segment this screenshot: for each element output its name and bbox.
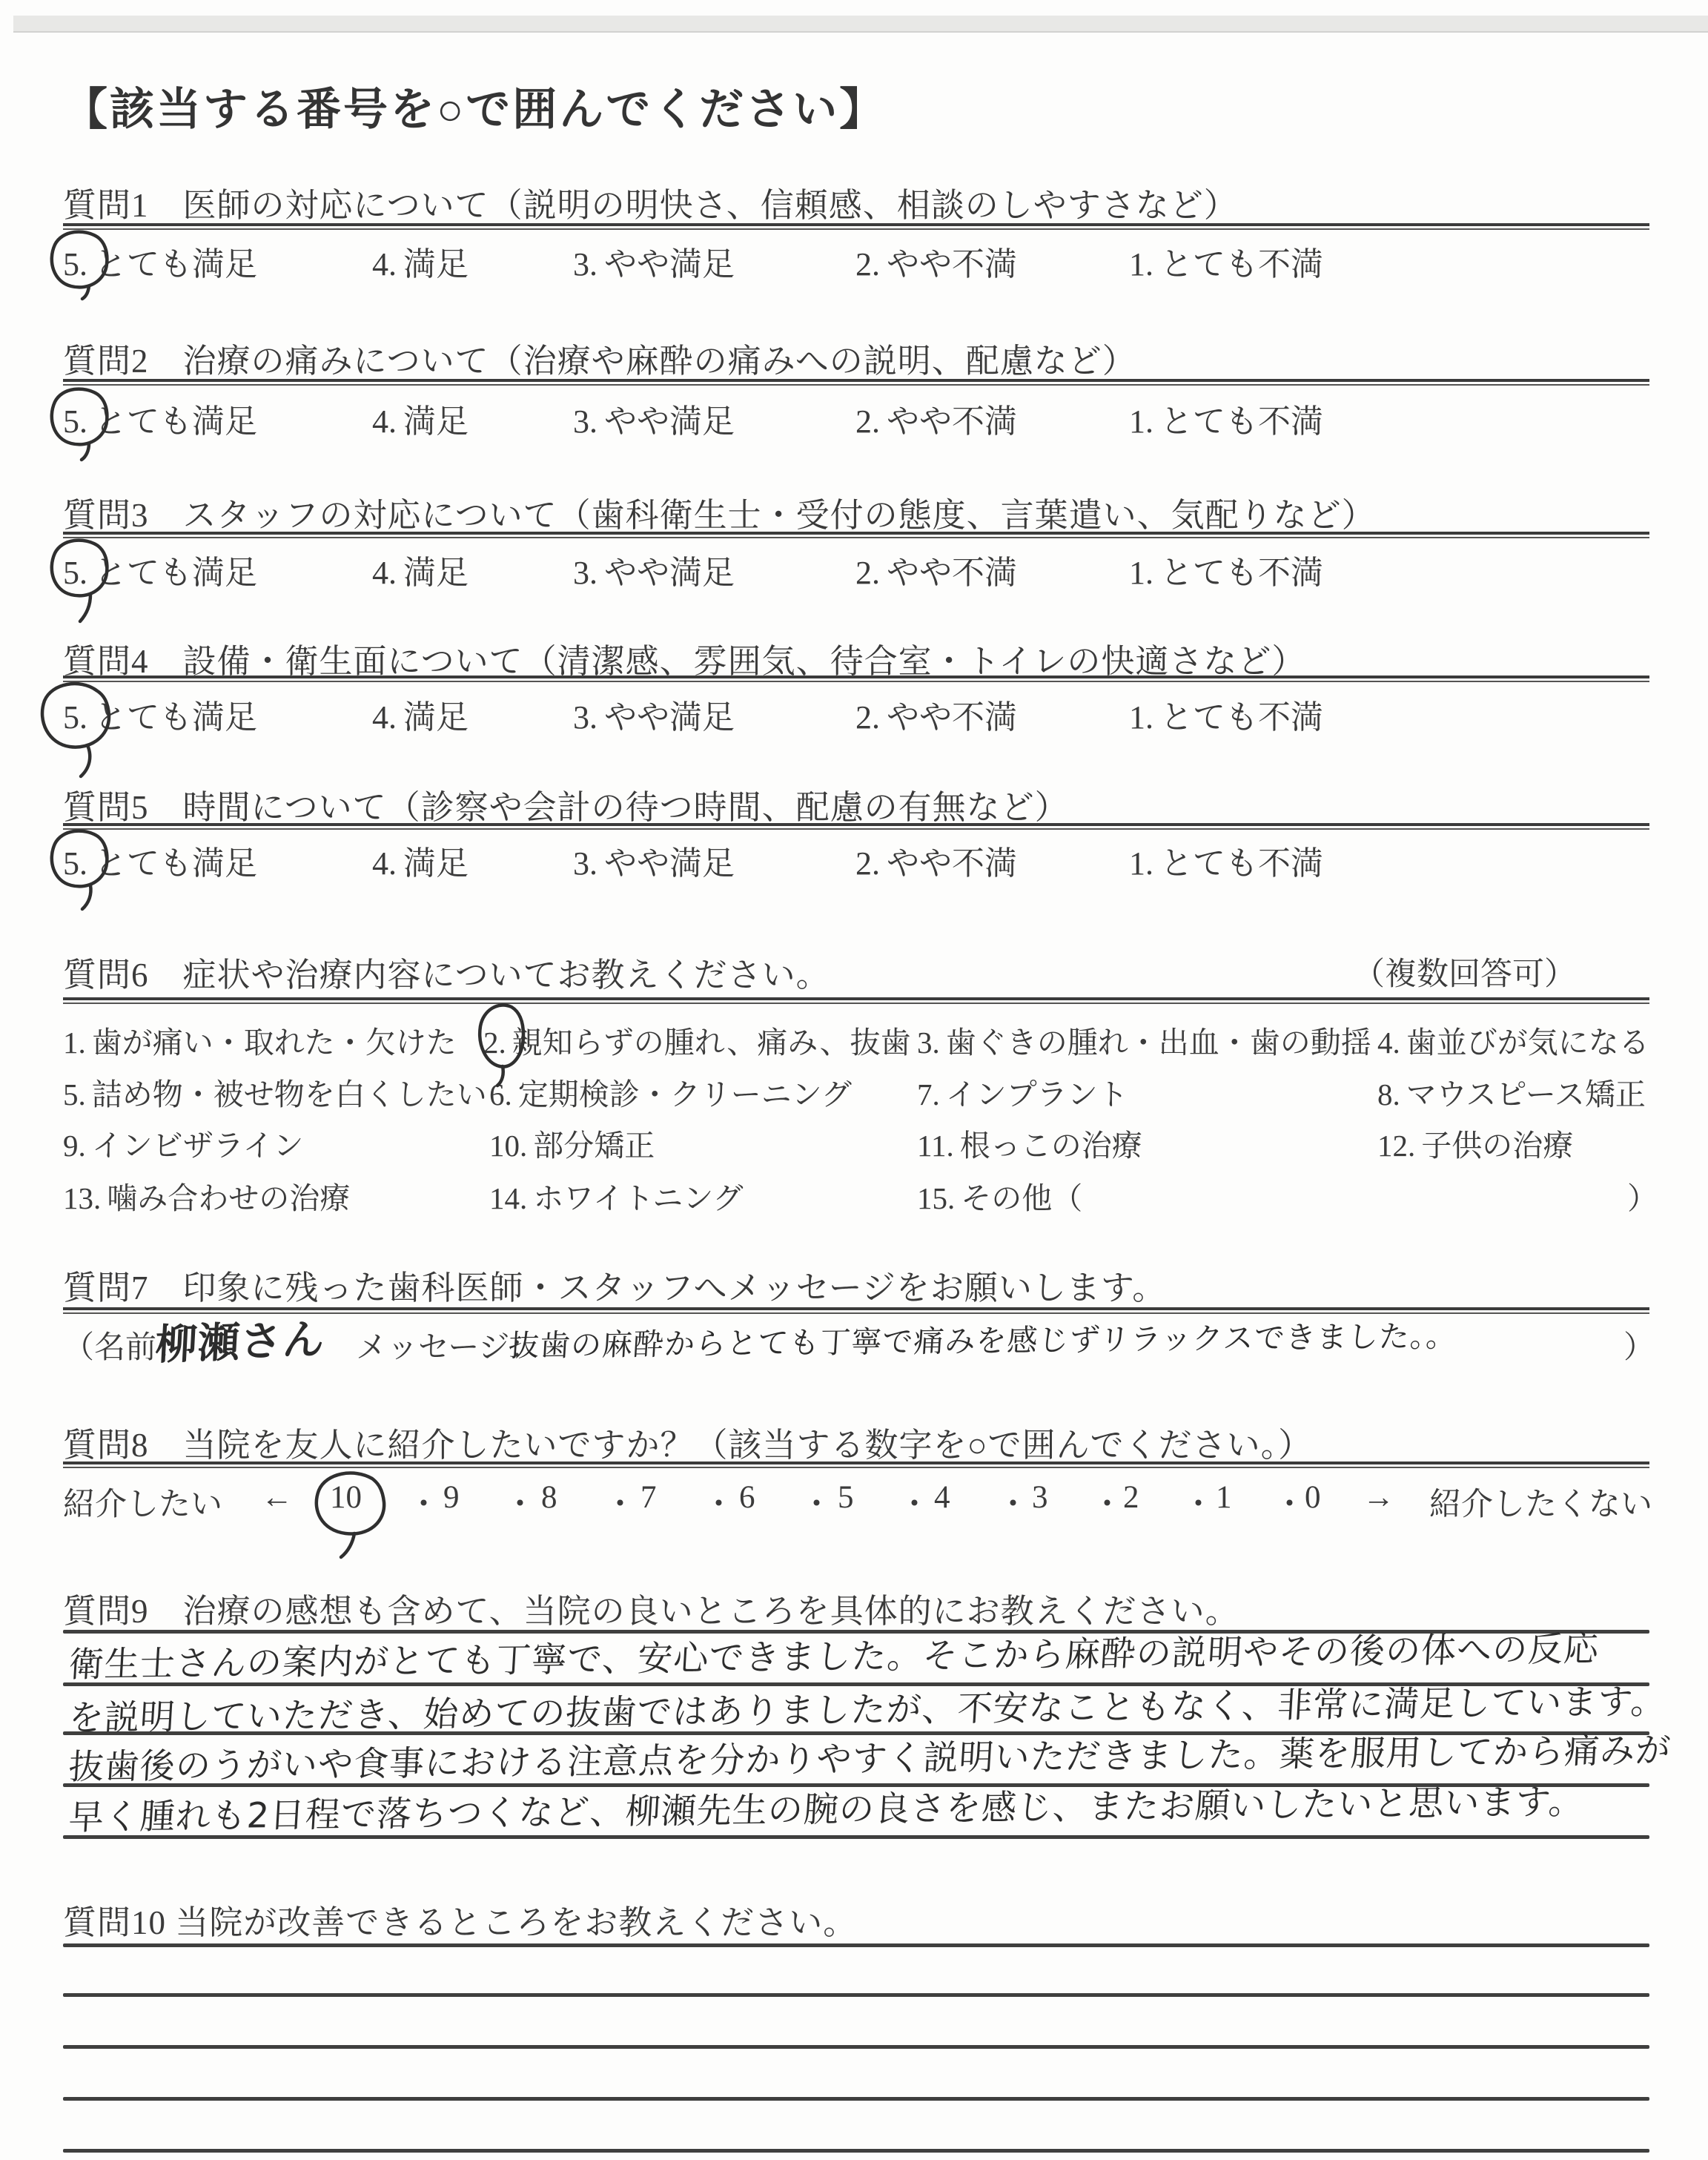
q8-number-5[interactable]: 5 — [838, 1479, 854, 1516]
q6-option-13[interactable]: 13.噛み合わせの治療 — [63, 1174, 350, 1218]
q8-dot: ・ — [504, 1479, 536, 1525]
q6-option-4[interactable]: 4.歯並びが気になる — [1377, 1018, 1649, 1062]
q7-title: 質問7 印象に残った歯科医師・スタッフへメッセージをお願いします。 — [63, 1261, 1166, 1309]
q8-dot: ・ — [408, 1479, 440, 1525]
q8-number-1[interactable]: 1 — [1216, 1479, 1232, 1516]
q8-number-7[interactable]: 7 — [640, 1479, 657, 1516]
q4-option-2[interactable]: 2.やや不満 — [855, 690, 1017, 738]
q8-dot: ・ — [1274, 1479, 1305, 1525]
q7-message-handwriting: 抜歯の麻酔からとても丁寧で痛みを感じずリラックスできました。。 — [507, 1312, 1458, 1365]
q4-option-3[interactable]: 3.やや満足 — [573, 690, 735, 738]
q8-left-label: 紹介したい — [63, 1479, 222, 1525]
q8-number-9[interactable]: 9 — [443, 1479, 460, 1516]
q8-dot: ・ — [997, 1479, 1029, 1525]
handwritten-circle-q6 — [473, 1000, 532, 1087]
q8-number-8[interactable]: 8 — [541, 1479, 557, 1516]
q5-option-3[interactable]: 3.やや満足 — [573, 836, 735, 884]
q1-option-5-label: とても満足 — [94, 246, 257, 283]
q6-option-7[interactable]: 7.インプラント — [917, 1070, 1128, 1114]
q1-option-2[interactable]: 2.やや不満 — [855, 237, 1017, 285]
q8-left-arrow-icon: ← — [261, 1479, 293, 1516]
q6-option-6[interactable]: 6.定期検診・クリーニング — [489, 1070, 852, 1114]
q4-rule — [63, 676, 1649, 682]
handwritten-circle-q2 — [46, 384, 116, 462]
q6-option-9[interactable]: 9.インビザライン — [63, 1121, 304, 1165]
q1-option-3[interactable]: 3.やや満足 — [573, 237, 735, 285]
page-title: 【該当する番号を○で囲んでください】 — [63, 74, 886, 138]
q3-option-1[interactable]: 1.とても不満 — [1129, 546, 1323, 593]
q10-line-4 — [63, 2097, 1649, 2101]
q9-title: 質問9 治療の感想も含めて、当院の良いところを具体的にお教えください。 — [63, 1584, 1239, 1632]
q8-rule — [63, 1462, 1649, 1468]
q2-option-3[interactable]: 3.やや満足 — [573, 394, 735, 442]
q6-option-2[interactable]: 2.親知らずの腫れ、痛み、抜歯 — [483, 1018, 911, 1062]
q3-title: 質問3 スタッフの対応について（歯科衛生士・受付の態度、言葉遣い、気配りなど） — [63, 488, 1376, 536]
handwritten-circle-q5 — [46, 826, 116, 911]
q7-name-handwriting: 柳瀬さん — [154, 1307, 327, 1372]
q5-option-1[interactable]: 1.とても不満 — [1129, 836, 1323, 884]
q1-rule — [63, 223, 1649, 230]
q2-option-2[interactable]: 2.やや不満 — [855, 394, 1017, 442]
handwritten-circle-q1 — [46, 227, 116, 301]
q5-option-4[interactable]: 4.満足 — [372, 836, 469, 884]
q3-option-2[interactable]: 2.やや不満 — [855, 546, 1017, 593]
q6-title: 質問6 症状や治療内容についてお教えください。 — [63, 948, 830, 996]
q10-line-1 — [63, 1943, 1649, 1947]
q1-title: 質問1 医師の対応について（説明の明快さ、信頼感、相談のしやすさなど） — [63, 178, 1238, 226]
q6-option-15[interactable]: 15.その他（ — [917, 1174, 1082, 1218]
q8-right-arrow-icon: → — [1363, 1479, 1394, 1516]
q2-option-4[interactable]: 4.満足 — [372, 394, 469, 442]
q10-line-3 — [63, 2045, 1649, 2049]
handwritten-circle-q4 — [39, 678, 119, 779]
q10-line-5 — [63, 2149, 1649, 2153]
q8-number-4[interactable]: 4 — [934, 1479, 950, 1516]
q8-number-0[interactable]: 0 — [1305, 1479, 1321, 1516]
q6-option-8[interactable]: 8.マウスピース矯正 — [1377, 1070, 1646, 1114]
q6-option-11[interactable]: 11.根っこの治療 — [917, 1121, 1142, 1165]
q1-option-1[interactable]: 1.とても不満 — [1129, 237, 1323, 285]
q5-option-2[interactable]: 2.やや不満 — [855, 836, 1017, 884]
q8-dot: ・ — [1091, 1479, 1123, 1525]
q8-dot: ・ — [898, 1479, 930, 1525]
q5-rule — [63, 823, 1649, 830]
q2-rule — [63, 379, 1649, 386]
q1-option-4[interactable]: 4.満足 — [372, 237, 469, 285]
q2-title: 質問2 治療の痛みについて（治療や麻酔の痛みへの説明、配慮など） — [63, 334, 1136, 382]
scan-top-bar — [13, 16, 1708, 33]
q6-option-5[interactable]: 5.詰め物・被せ物を白くしたい — [63, 1070, 487, 1114]
q10-title: 質問10 当院が改善できるところをお教えください。 — [63, 1895, 857, 1943]
q5-title: 質問5 時間について（診察や会計の待つ時間、配慮の有無など） — [63, 780, 1069, 828]
q6-option-1[interactable]: 1.歯が痛い・取れた・欠けた — [63, 1018, 457, 1062]
q8-dot: ・ — [801, 1479, 833, 1525]
q4-option-4[interactable]: 4.満足 — [372, 690, 469, 738]
q8-number-6[interactable]: 6 — [739, 1479, 755, 1516]
q6-rule — [63, 997, 1649, 1004]
q6-option-12[interactable]: 12.子供の治療 — [1377, 1121, 1573, 1165]
q8-number-3[interactable]: 3 — [1032, 1479, 1048, 1516]
q6-option-10[interactable]: 10.部分矯正 — [489, 1121, 655, 1165]
scanned-survey-page: 【該当する番号を○で囲んでください】 質問1 医師の対応について（説明の明快さ、… — [0, 0, 1708, 2160]
q8-title: 質問8 当院を友人に紹介したいですか？（該当する数字を○で囲んでください。） — [63, 1418, 1312, 1466]
q3-option-4[interactable]: 4.満足 — [372, 546, 469, 593]
q8-right-label: 紹介したくない — [1429, 1479, 1652, 1525]
q8-dot: ・ — [1182, 1479, 1214, 1525]
q3-rule — [63, 532, 1649, 538]
q7-close-paren: ） — [1623, 1323, 1655, 1367]
q6-option-3[interactable]: 3.歯ぐきの腫れ・出血・歯の動揺 — [917, 1018, 1371, 1062]
q4-option-1[interactable]: 1.とても不満 — [1129, 690, 1323, 738]
q3-option-3[interactable]: 3.やや満足 — [573, 546, 735, 593]
q8-dot: ・ — [703, 1479, 735, 1525]
q6-option-14[interactable]: 14.ホワイトニング — [489, 1174, 744, 1218]
handwritten-circle-q8 — [310, 1468, 393, 1561]
q2-option-1[interactable]: 1.とても不満 — [1129, 394, 1323, 442]
q6-other-close-paren: ） — [1627, 1174, 1658, 1218]
q10-line-2 — [63, 1993, 1649, 1997]
handwritten-circle-q3 — [46, 535, 116, 624]
q6-multi-answer-note: （複数回答可） — [1353, 949, 1576, 994]
q8-number-2[interactable]: 2 — [1123, 1479, 1139, 1516]
q8-dot: ・ — [604, 1479, 636, 1525]
